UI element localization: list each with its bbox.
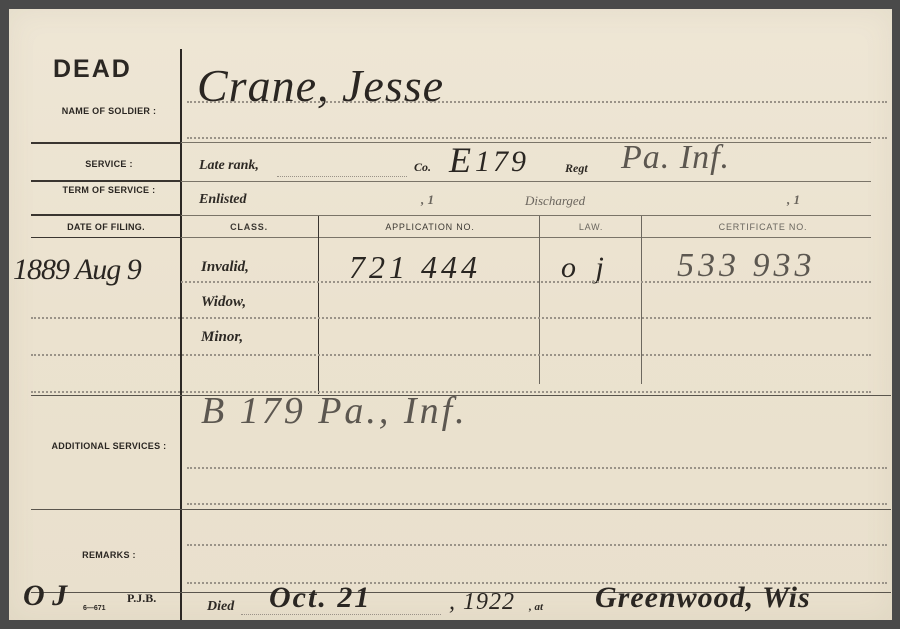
certificate-no-header: CERTIFICATE NO. — [643, 222, 883, 232]
rule-term-bottom-right — [181, 215, 871, 216]
name-dotted-line-1 — [187, 101, 887, 103]
discharged-label: Discharged — [525, 193, 585, 209]
name-of-soldier-label: NAME OF SOLDIER : — [49, 106, 169, 116]
law-header: LAW. — [541, 222, 641, 232]
pension-index-card: DEAD NAME OF SOLDIER : Crane, Jesse SERV… — [9, 9, 892, 620]
law-value: o j — [561, 251, 610, 285]
name-dotted-line-2 — [187, 137, 887, 139]
certificate-no-value: 533 933 — [677, 247, 816, 285]
died-label: Died — [207, 599, 234, 615]
service-unit: Pa. Inf. — [621, 139, 730, 177]
soldier-name: Crane, Jesse — [197, 61, 444, 111]
remarks-label: REMARKS : — [49, 550, 169, 560]
discharged-year-prefix: , 1 — [787, 192, 800, 208]
rule-term-bottom — [31, 214, 181, 216]
additional-line-2 — [187, 503, 887, 505]
law-cert-divider — [641, 216, 642, 384]
service-label: SERVICE : — [49, 159, 169, 169]
enlisted-year-prefix: , 1 — [421, 192, 434, 208]
app-law-divider — [539, 216, 540, 384]
regt-label: Regt — [565, 161, 588, 176]
class-invalid: Invalid, — [201, 259, 249, 276]
late-rank-dotted — [277, 176, 407, 177]
table-row-line-2 — [31, 317, 871, 319]
rule-name-bottom-right — [181, 142, 871, 143]
dead-stamp: DEAD — [53, 56, 132, 82]
co-label: Co. — [414, 160, 431, 175]
rule-header-bottom-right — [181, 237, 871, 238]
date-of-filing-header: DATE OF FILING. — [31, 222, 181, 232]
class-minor: Minor, — [201, 329, 243, 346]
additional-services-label: ADDITIONAL SERVICES : — [49, 441, 169, 451]
table-row-line-3 — [31, 354, 871, 356]
rule-service-bottom — [31, 180, 181, 182]
at-label: , at — [529, 601, 543, 613]
rule-service-bottom-right — [181, 181, 871, 182]
company-letter: E — [449, 139, 471, 181]
footer-initials: P.J.B. — [127, 591, 156, 606]
additional-line-1 — [187, 467, 887, 469]
class-app-divider — [318, 216, 319, 394]
table-row-line-1 — [181, 281, 871, 283]
rule-name-bottom — [31, 142, 181, 144]
additional-services-value: B 179 Pa., Inf. — [201, 389, 468, 433]
died-place: Greenwood, Wis — [595, 581, 811, 615]
form-number: 6—671 — [83, 605, 106, 612]
date-of-filing-value: 1889 Aug 9 — [13, 253, 141, 287]
rule-header-bottom — [31, 237, 181, 238]
late-rank-label: Late rank, — [199, 158, 259, 174]
died-year: , 1922 — [449, 589, 515, 616]
remarks-line-1 — [187, 544, 887, 546]
application-no-header: APPLICATION NO. — [319, 222, 541, 232]
footer-left-note: O J — [23, 579, 67, 613]
died-date: Oct. 21 — [269, 581, 371, 615]
regiment-number: 179 — [475, 145, 529, 179]
term-of-service-label: TERM OF SERVICE : — [49, 186, 169, 195]
left-column-divider — [180, 49, 182, 620]
class-widow: Widow, — [201, 294, 246, 311]
enlisted-label: Enlisted — [199, 192, 246, 208]
rule-additional-bottom — [31, 509, 891, 510]
class-header: CLASS. — [181, 222, 317, 232]
